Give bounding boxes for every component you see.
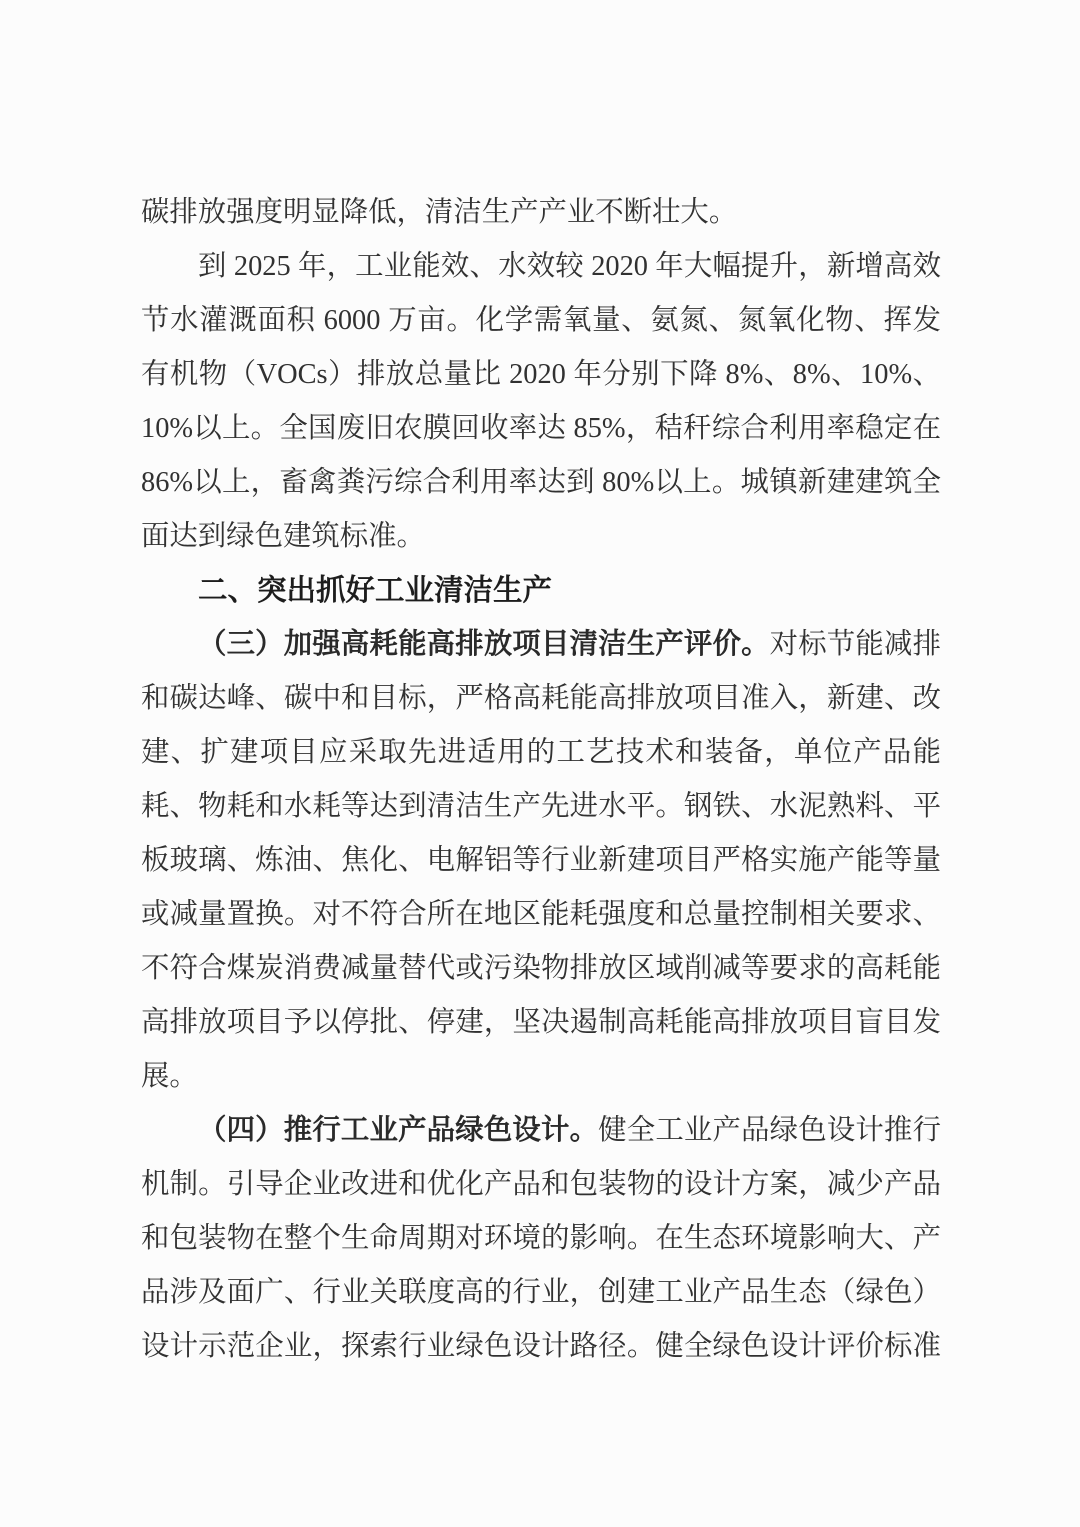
line-08: 二、突出抓好工业清洁生产 xyxy=(141,564,941,618)
document-text-block: 碳排放强度明显降低，清洁生产产业不断壮大。到 2025 年，工业能效、水效较 2… xyxy=(141,186,941,1374)
line-14: 或减量置换。对不符合所在地区能耗强度和总量控制相关要求、 xyxy=(141,888,941,942)
line-07: 面达到绿色建筑标准。 xyxy=(141,510,941,564)
line-16: 高排放项目予以停批、停建，坚决遏制高耗能高排放项目盲目发 xyxy=(141,996,941,1050)
body-text: 碳排放强度明显降低，清洁生产产业不断壮大。 xyxy=(141,197,737,228)
body-text: 设计示范企业，探索行业绿色设计路径。健全绿色设计评价标准 xyxy=(141,1331,941,1362)
line-21: 品涉及面广、行业关联度高的行业，创建工业产品生态（绿色） xyxy=(141,1266,941,1320)
body-text: 10%以上。全国废旧农膜回收率达 85%，秸秆综合利用率稳定在 xyxy=(141,413,941,444)
body-text: 或减量置换。对不符合所在地区能耗强度和总量控制相关要求、 xyxy=(141,899,941,930)
line-03: 节水灌溉面积 6000 万亩。化学需氧量、氨氮、氮氧化物、挥发性 xyxy=(141,294,941,348)
body-text: 耗、物耗和水耗等达到清洁生产先进水平。钢铁、水泥熟料、平 xyxy=(141,791,941,822)
body-text: 面达到绿色建筑标准。 xyxy=(141,521,425,552)
body-text: 机制。引导企业改进和优化产品和包装物的设计方案，减少产品 xyxy=(141,1169,941,1200)
body-text: 有机物（VOCs）排放总量比 2020 年分别下降 8%、8%、10%、 xyxy=(141,359,941,390)
line-11: 建、扩建项目应采取先进适用的工艺技术和装备，单位产品能 xyxy=(141,726,941,780)
line-01: 碳排放强度明显降低，清洁生产产业不断壮大。 xyxy=(141,186,941,240)
body-text: 和包装物在整个生命周期对环境的影响。在生态环境影响大、产 xyxy=(141,1223,941,1254)
body-text: 节水灌溉面积 6000 万亩。化学需氧量、氨氮、氮氧化物、挥发性 xyxy=(141,305,941,348)
body-text: 和碳达峰、碳中和目标，严格高耗能高排放项目准入，新建、改 xyxy=(141,683,941,714)
body-text: 对标节能减排 xyxy=(770,629,941,660)
document-viewport: { "page": { "background": "#fcfcfc", "te… xyxy=(0,0,1080,1527)
body-text: 86%以上，畜禽粪污综合利用率达到 80%以上。城镇新建建筑全 xyxy=(141,467,941,498)
line-17: 展。 xyxy=(141,1050,941,1104)
body-text: 高排放项目予以停批、停建，坚决遏制高耗能高排放项目盲目发 xyxy=(141,1007,941,1038)
line-02: 到 2025 年，工业能效、水效较 2020 年大幅提升，新增高效 xyxy=(141,240,941,294)
line-10: 和碳达峰、碳中和目标，严格高耗能高排放项目准入，新建、改 xyxy=(141,672,941,726)
document-page: 碳排放强度明显降低，清洁生产产业不断壮大。到 2025 年，工业能效、水效较 2… xyxy=(0,0,1080,1527)
line-13: 板玻璃、炼油、焦化、电解铝等行业新建项目严格实施产能等量 xyxy=(141,834,941,888)
section-heading-text: 二、突出抓好工业清洁生产 xyxy=(198,574,552,607)
body-text: 健全工业产品绿色设计推行 xyxy=(598,1115,941,1146)
body-text: 板玻璃、炼油、焦化、电解铝等行业新建项目严格实施产能等量 xyxy=(141,845,941,876)
line-12: 耗、物耗和水耗等达到清洁生产先进水平。钢铁、水泥熟料、平 xyxy=(141,780,941,834)
body-text: 建、扩建项目应采取先进适用的工艺技术和装备，单位产品能 xyxy=(141,737,941,768)
line-06: 86%以上，畜禽粪污综合利用率达到 80%以上。城镇新建建筑全 xyxy=(141,456,941,510)
line-19: 机制。引导企业改进和优化产品和包装物的设计方案，减少产品 xyxy=(141,1158,941,1212)
line-22: 设计示范企业，探索行业绿色设计路径。健全绿色设计评价标准 xyxy=(141,1320,941,1374)
clause-lead-text: （四）推行工业产品绿色设计。 xyxy=(198,1115,598,1146)
body-text: 到 2025 年，工业能效、水效较 2020 年大幅提升，新增高效 xyxy=(198,251,941,282)
line-05: 10%以上。全国废旧农膜回收率达 85%，秸秆综合利用率稳定在 xyxy=(141,402,941,456)
body-text: 品涉及面广、行业关联度高的行业，创建工业产品生态（绿色） xyxy=(141,1277,941,1308)
body-text: 展。 xyxy=(141,1061,198,1092)
line-15: 不符合煤炭消费减量替代或污染物排放区域削减等要求的高耗能 xyxy=(141,942,941,996)
line-09: （三）加强高耗能高排放项目清洁生产评价。对标节能减排 xyxy=(141,618,941,672)
line-20: 和包装物在整个生命周期对环境的影响。在生态环境影响大、产 xyxy=(141,1212,941,1266)
line-18: （四）推行工业产品绿色设计。健全工业产品绿色设计推行 xyxy=(141,1104,941,1158)
body-text: 不符合煤炭消费减量替代或污染物排放区域削减等要求的高耗能 xyxy=(141,953,941,984)
clause-lead-text: （三）加强高耗能高排放项目清洁生产评价。 xyxy=(198,629,770,660)
line-04: 有机物（VOCs）排放总量比 2020 年分别下降 8%、8%、10%、 xyxy=(141,348,941,402)
